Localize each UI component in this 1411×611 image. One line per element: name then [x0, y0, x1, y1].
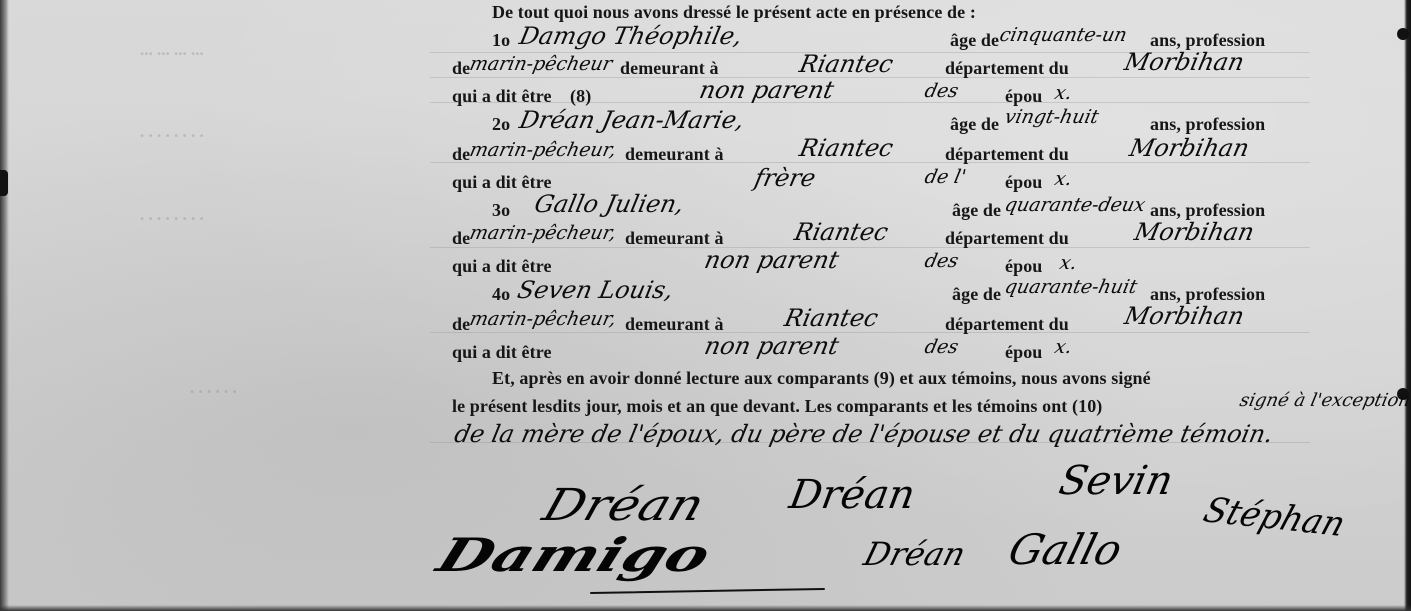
signature-drean-2: Dréan	[786, 472, 919, 518]
witness-profession: marin-pêcheur,	[468, 139, 619, 161]
closing-line-2-printed: le présent lesdits jour, mois et an que …	[452, 396, 1102, 417]
closing-line-1: Et, après en avoir donné lecture aux com…	[492, 368, 1151, 389]
witness-name: Seven Louis,	[515, 276, 676, 304]
ruled-line	[430, 247, 1310, 248]
binding-notch	[0, 170, 8, 196]
relation-label: qui a dit être	[452, 256, 552, 277]
witness-profession: marin-pêcheur,	[468, 308, 619, 330]
page-right-edge	[1404, 0, 1411, 611]
spouse-suffix: x.	[1053, 168, 1074, 190]
relation-label: qui a dit être	[452, 342, 552, 363]
spouse-label: épou	[1005, 172, 1042, 193]
signature-flourish	[590, 588, 825, 594]
signature-sevin: Sevin	[1055, 458, 1177, 504]
bleed-through-text: ... ... ... ...	[140, 40, 204, 60]
page-bottom-edge	[0, 605, 1411, 611]
witness-department: Morbihan	[1132, 218, 1257, 246]
closing-line-3-handwritten: de la mère de l'époux, du père de l'épou…	[452, 420, 1276, 448]
witness-department: Morbihan	[1127, 134, 1252, 162]
ruled-line	[430, 102, 1310, 103]
relation-article: des	[923, 336, 961, 358]
witness-residence: Riantec	[792, 218, 891, 246]
witness-relation: non parent	[697, 76, 836, 104]
witness-number: 1o	[492, 30, 510, 51]
witness-residence: Riantec	[782, 304, 881, 332]
department-label: département du	[945, 228, 1069, 249]
relation-article: des	[923, 250, 961, 272]
relation-article: des	[923, 80, 961, 102]
spouse-suffix: x.	[1053, 82, 1074, 104]
bleed-through-text: . . . . . . . .	[140, 205, 204, 225]
witness-residence: Riantec	[797, 50, 896, 78]
signature-stephan: Stéphan	[1199, 490, 1351, 545]
de-label: de	[452, 314, 470, 335]
department-label: département du	[945, 144, 1069, 165]
scanned-document-page: ... ... ... ... . . . . . . . . . . . . …	[0, 0, 1411, 611]
age-label: âge de	[952, 200, 1001, 221]
witness-department: Morbihan	[1122, 48, 1247, 76]
bleed-through-text: . . . . . . . .	[140, 122, 204, 142]
relation-label: qui a dit être	[452, 86, 552, 107]
witness-age: quarante-huit	[1003, 276, 1140, 298]
closing-line-2-handwritten: signé à l'exception	[1238, 390, 1411, 411]
signature-gallo: Gallo	[1003, 525, 1127, 574]
age-label: âge de	[952, 284, 1001, 305]
signature-drean-3: Dréan	[860, 535, 970, 573]
page-binding-edge	[0, 0, 9, 611]
witness-residence: Riantec	[797, 134, 896, 162]
department-label: département du	[945, 58, 1069, 79]
signature-drean-1: Dréan	[537, 480, 711, 531]
witness-number: 3o	[492, 200, 510, 221]
witness-age: vingt-huit	[1003, 106, 1101, 128]
witness-profession: marin-pêcheur,	[468, 222, 619, 244]
intro-line: De tout quoi nous avons dressé le présen…	[492, 2, 976, 23]
witness-name: Gallo Julien,	[532, 190, 687, 218]
age-label: âge de	[950, 30, 999, 51]
relation-label: qui a dit être	[452, 172, 552, 193]
witness-relation: non parent	[702, 246, 841, 274]
witness-age: quarante-deux	[1003, 194, 1148, 216]
witness-age: cinquante-un	[998, 24, 1129, 46]
spouse-label: épou	[1005, 256, 1042, 277]
age-label: âge de	[950, 114, 999, 135]
binding-hole	[1397, 28, 1409, 40]
witness-relation: frère	[752, 164, 818, 192]
spouse-suffix: x.	[1053, 336, 1074, 358]
spouse-label: épou	[1005, 86, 1042, 107]
de-label: de	[452, 228, 470, 249]
relation-article: de l'	[923, 166, 968, 188]
witness-name: Damgo Théophile,	[517, 22, 745, 50]
witness-department: Morbihan	[1122, 302, 1247, 330]
de-label: de	[452, 144, 470, 165]
witness-profession: marin-pêcheur	[468, 53, 615, 75]
witness-number: 2o	[492, 114, 510, 135]
witness-name: Dréan Jean-Marie,	[517, 106, 747, 134]
spouse-suffix: x.	[1058, 252, 1079, 274]
signature-damigo: Damigo	[430, 528, 718, 582]
bleed-through-text: . . . . . .	[190, 378, 237, 398]
de-label: de	[452, 58, 470, 79]
witness-number: 4o	[492, 284, 510, 305]
note-number: (8)	[570, 86, 591, 107]
profession-label: ans, profession	[1150, 114, 1265, 135]
spouse-label: épou	[1005, 342, 1042, 363]
ruled-line	[430, 332, 1310, 333]
witness-relation: non parent	[702, 332, 841, 360]
department-label: département du	[945, 314, 1069, 335]
residence-label: demeurant à	[625, 144, 724, 165]
ruled-line	[430, 162, 1310, 163]
